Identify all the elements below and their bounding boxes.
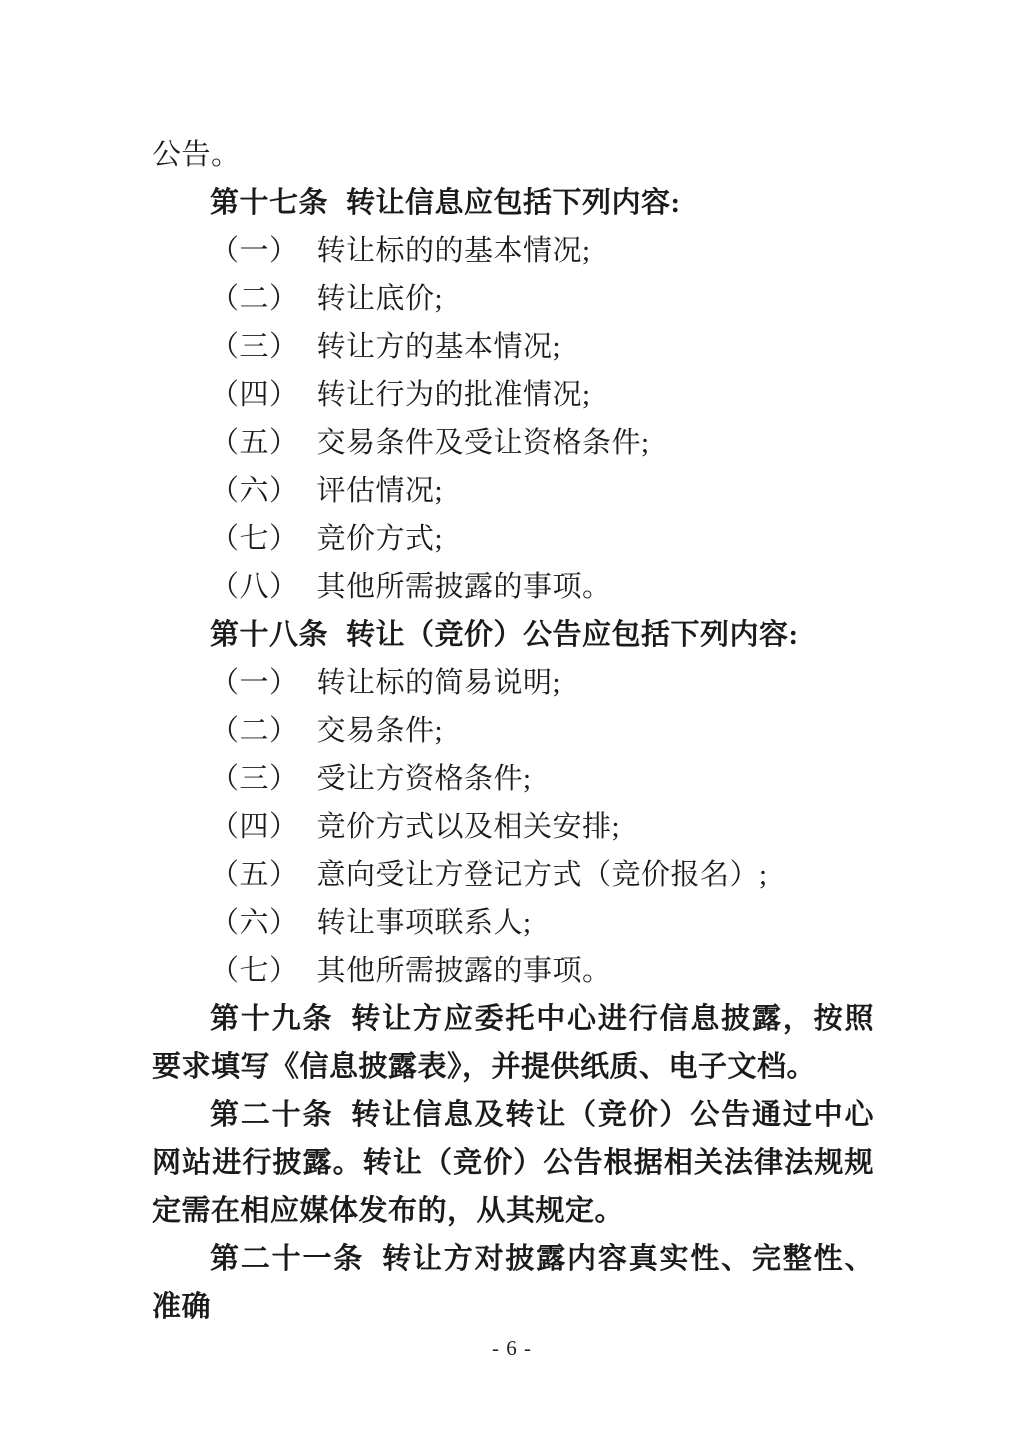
list-item: （三）转让方的基本情况;: [152, 323, 874, 371]
article-number: 第十七条: [210, 187, 328, 219]
list-item: （五）意向受让方登记方式（竞价报名）;: [152, 851, 874, 899]
item-number: （三）: [210, 331, 299, 363]
item-number: （四）: [210, 811, 299, 843]
item-number: （五）: [210, 859, 299, 891]
document-text-block: 公告。 第十七条转让信息应包括下列内容: （一）转让标的的基本情况; （二）转让…: [152, 131, 874, 1331]
item-text: 交易条件及受让资格条件;: [316, 427, 649, 459]
list-item: （八）其他所需披露的事项。: [152, 563, 874, 611]
item-text: 其他所需披露的事项。: [316, 571, 611, 603]
item-number: （五）: [210, 427, 299, 459]
list-item: （三）受让方资格条件;: [152, 755, 874, 803]
item-number: （四）: [210, 379, 299, 411]
item-number: （七）: [210, 955, 299, 987]
article-text: 转让信息应包括下列内容:: [346, 187, 681, 219]
article-number: 第十八条: [210, 619, 328, 651]
item-text: 转让标的简易说明;: [316, 667, 561, 699]
item-text: 交易条件;: [316, 715, 443, 747]
page-number: - 6 -: [0, 1336, 1024, 1361]
item-text: 竞价方式以及相关安排;: [316, 811, 620, 843]
item-number: （一）: [210, 235, 299, 267]
item-number: （三）: [210, 763, 299, 795]
list-item: （一）转让标的简易说明;: [152, 659, 874, 707]
list-item: （四）转让行为的批准情况;: [152, 371, 874, 419]
list-item: （二）转让底价;: [152, 275, 874, 323]
article-19-paragraph: 第十九条转让方应委托中心进行信息披露，按照要求填写《信息披露表》，并提供纸质、电…: [152, 995, 874, 1091]
article-number: 第十九条: [210, 1003, 333, 1035]
article-17-heading: 第十七条转让信息应包括下列内容:: [152, 179, 874, 227]
item-text: 转让底价;: [316, 283, 443, 315]
item-number: （六）: [210, 475, 299, 507]
item-number: （八）: [210, 571, 299, 603]
list-item: （二）交易条件;: [152, 707, 874, 755]
item-number: （二）: [210, 715, 299, 747]
paragraph-text: 公告。: [152, 139, 241, 171]
list-item: （四）竞价方式以及相关安排;: [152, 803, 874, 851]
item-number: （六）: [210, 907, 299, 939]
document-page: 公告。 第十七条转让信息应包括下列内容: （一）转让标的的基本情况; （二）转让…: [0, 0, 1024, 1447]
list-item: （六）评估情况;: [152, 467, 874, 515]
item-text: 竞价方式;: [316, 523, 443, 555]
article-21-paragraph: 第二十一条转让方对披露内容真实性、完整性、准确: [152, 1235, 874, 1331]
article-20-paragraph: 第二十条转让信息及转让（竞价）公告通过中心网站进行披露。转让（竞价）公告根据相关…: [152, 1091, 874, 1235]
item-text: 转让方的基本情况;: [316, 331, 561, 363]
item-text: 转让行为的批准情况;: [316, 379, 590, 411]
article-number: 第二十一条: [210, 1243, 364, 1275]
item-text: 转让事项联系人;: [316, 907, 531, 939]
item-text: 受让方资格条件;: [316, 763, 531, 795]
list-item: （七）其他所需披露的事项。: [152, 947, 874, 995]
list-item: （一）转让标的的基本情况;: [152, 227, 874, 275]
article-number: 第二十条: [210, 1099, 333, 1131]
item-text: 转让标的的基本情况;: [316, 235, 590, 267]
article-text: 转让（竞价）公告应包括下列内容:: [346, 619, 799, 651]
list-item: （七）竞价方式;: [152, 515, 874, 563]
item-number: （七）: [210, 523, 299, 555]
list-item: （五）交易条件及受让资格条件;: [152, 419, 874, 467]
list-item: （六）转让事项联系人;: [152, 899, 874, 947]
item-number: （一）: [210, 667, 299, 699]
item-text: 评估情况;: [316, 475, 443, 507]
paragraph-continuation: 公告。: [152, 131, 874, 179]
item-number: （二）: [210, 283, 299, 315]
item-text: 意向受让方登记方式（竞价报名）;: [316, 859, 767, 891]
article-18-heading: 第十八条转让（竞价）公告应包括下列内容:: [152, 611, 874, 659]
item-text: 其他所需披露的事项。: [316, 955, 611, 987]
